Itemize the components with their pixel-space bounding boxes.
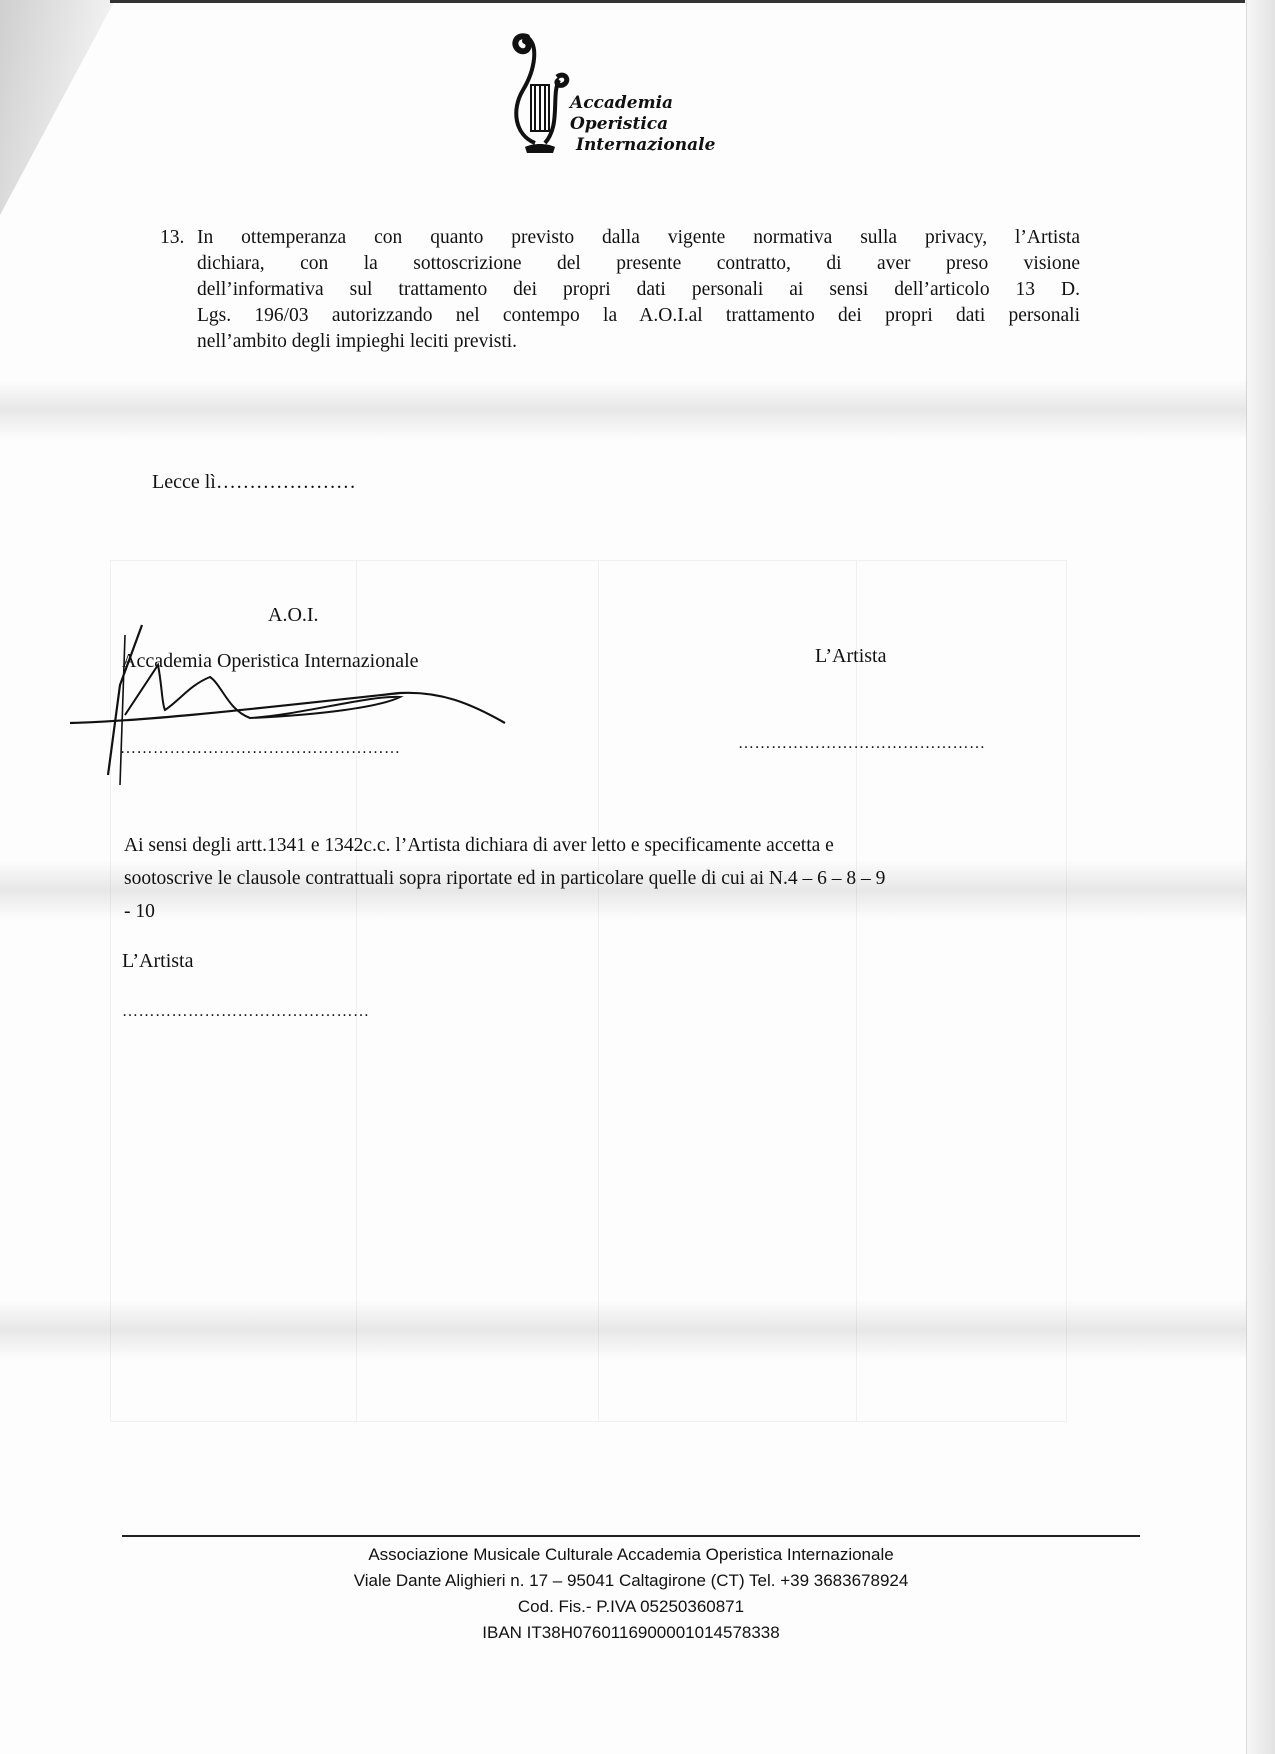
logo-wordmark: Accademia Operistica Internazionale bbox=[570, 93, 715, 156]
folded-corner bbox=[0, 0, 115, 215]
acceptance-line: Ai sensi degli artt.1341 e 1342c.c. l’Ar… bbox=[124, 829, 1104, 862]
logo-line: Operistica bbox=[570, 114, 715, 135]
lyre-icon bbox=[505, 25, 575, 165]
document-page: Accademia Operistica Internazionale 13. … bbox=[0, 0, 1275, 1754]
clause-line: Lgs. 196/03 autorizzando nel contempo la… bbox=[197, 303, 1080, 329]
footer-iban: IBAN IT38H0760116900001014578338 bbox=[122, 1620, 1140, 1646]
footer-divider bbox=[122, 1535, 1140, 1537]
logo-line: Accademia bbox=[570, 93, 715, 114]
acceptance-clause: Ai sensi degli artt.1341 e 1342c.c. l’Ar… bbox=[124, 829, 1104, 928]
clause-13: 13. In ottemperanza con quanto previsto … bbox=[162, 225, 1080, 355]
logo-line: Internazionale bbox=[570, 135, 715, 156]
letterhead-footer: Associazione Musicale Culturale Accademi… bbox=[122, 1542, 1140, 1646]
page-top-edge bbox=[110, 0, 1245, 3]
footer-tax-id: Cod. Fis.- P.IVA 05250360871 bbox=[122, 1594, 1140, 1620]
artist-signatory-label: L’Artista bbox=[815, 645, 886, 668]
page-right-edge bbox=[1246, 0, 1275, 1754]
footer-address: Viale Dante Alighieri n. 17 – 95041 Calt… bbox=[122, 1568, 1140, 1594]
clause-line: In ottemperanza con quanto previsto dall… bbox=[197, 225, 1080, 251]
clause-body: In ottemperanza con quanto previsto dall… bbox=[197, 225, 1080, 355]
clause-line: dichiara, con la sottoscrizione del pres… bbox=[197, 251, 1080, 277]
clause-number: 13. bbox=[160, 225, 184, 251]
clause-line: dell’informativa sul trattamento dei pro… bbox=[197, 277, 1080, 303]
footer-org-name: Associazione Musicale Culturale Accademi… bbox=[122, 1542, 1140, 1568]
handwritten-signature bbox=[70, 615, 510, 785]
logo: Accademia Operistica Internazionale bbox=[505, 25, 745, 165]
place-date-field: Lecce lì………………… bbox=[152, 471, 356, 494]
artist-signature-line: ……………………………………… bbox=[738, 735, 986, 753]
acceptance-line: - 10 bbox=[124, 895, 1104, 928]
scan-shadow bbox=[0, 380, 1247, 440]
artist-acceptance-label: L’Artista bbox=[122, 950, 193, 973]
acceptance-line: sootoscrive le clausole contrattuali sop… bbox=[124, 862, 1104, 895]
artist-acceptance-signature-line: ……………………………………… bbox=[122, 1003, 370, 1021]
clause-line: nell’ambito degli impieghi leciti previs… bbox=[197, 329, 1080, 355]
